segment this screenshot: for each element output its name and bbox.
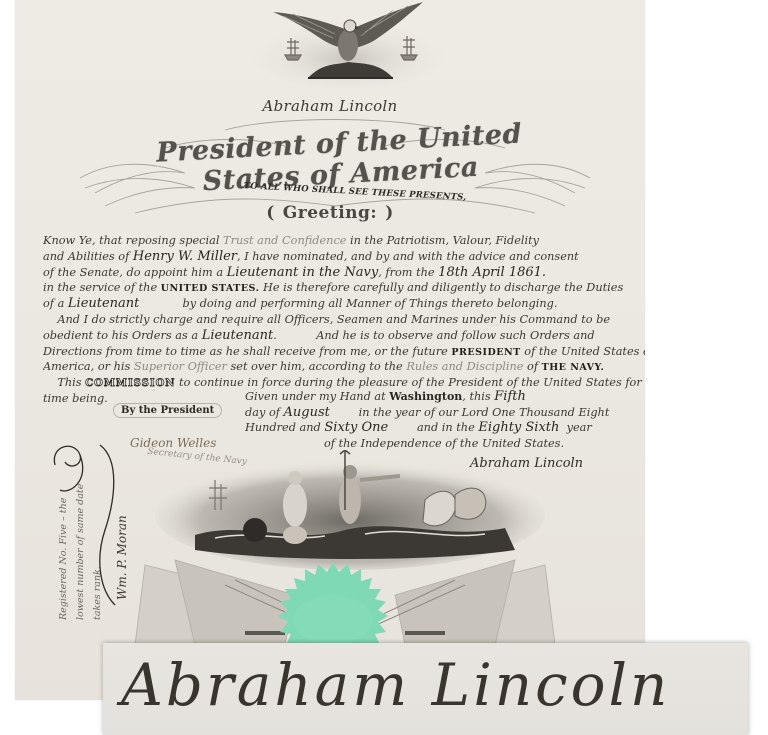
text-line: obedient to his Orders as a Lieutenant. … (43, 328, 645, 344)
text-segment: of (523, 360, 541, 373)
registration-note-line: Registered No. Five – the (55, 420, 72, 620)
faint-text: Rules and Discipline (406, 360, 523, 373)
text-segment: of the United States of (521, 345, 645, 358)
outline-caps-text: COMMISSION (85, 378, 175, 389)
commission-document: Abraham Lincoln President of the United … (15, 0, 645, 700)
filled-text: Eighty Sixth (478, 420, 559, 435)
text-segment: in the Patriotism, Valour, Fidelity (346, 234, 539, 247)
greeting-text: Greeting: (275, 203, 385, 223)
text-line: Know Ye, that reposing special Trust and… (43, 233, 645, 249)
filled-text: August (284, 405, 330, 420)
text-segment: and Abilities of (43, 250, 133, 263)
bold-caps-text: PRESIDENT (451, 347, 520, 358)
text-segment: , this (462, 390, 494, 403)
filled-text: 18th April 1861. (438, 265, 546, 280)
text-segment: time being. (43, 392, 108, 405)
faint-text: Trust and Confidence (223, 234, 346, 247)
text-line: day of August in the year of our Lord On… (245, 405, 655, 421)
eagle-vignette-icon (253, 0, 443, 88)
countersignature-welles: Gideon Welles (130, 436, 216, 450)
text-line: America, or his Superior Officer set ove… (43, 359, 645, 375)
text-segment: of the Senate, do appoint him a (43, 266, 227, 279)
text-line: and Abilities of Henry W. Miller, I have… (43, 249, 645, 265)
text-segment: . And he is to observe and follow such O… (273, 329, 594, 342)
text-segment: , from the (378, 266, 438, 279)
filled-text: Henry W. Miller (133, 249, 237, 264)
filled-text: Lieutenant in the Navy (227, 265, 379, 280)
text-segment: year (559, 421, 591, 434)
washington-text: Washington (389, 390, 462, 403)
text-segment: by doing and performing all Manner of Th… (139, 297, 557, 310)
text-segment: of a (43, 297, 68, 310)
text-segment: to continue in force during the pleasure… (175, 376, 645, 389)
signature-detail-inset: Abraham Lincoln (103, 643, 748, 735)
text-line: in the service of the UNITED STATES. He … (43, 280, 645, 296)
text-segment: Hundred and (245, 421, 324, 434)
text-segment: day of (245, 406, 284, 419)
text-segment: And I do strictly charge and require all… (43, 313, 610, 326)
text-segment: He is therefore carefully and diligently… (259, 281, 623, 294)
text-line: of the Independence of the United States… (245, 436, 655, 452)
text-segment: and in the (388, 421, 478, 434)
text-segment: Know Ye, that reposing special (43, 234, 223, 247)
text-line: of a Lieutenant by doing and performing … (43, 296, 645, 312)
text-segment: of the Independence of the United States… (245, 437, 564, 450)
text-segment: in the year of our Lord One Thousand Eig… (330, 406, 610, 419)
filled-text: Lieutenant (202, 328, 274, 343)
registration-note-line: takes rank. (89, 420, 106, 620)
text-segment: Given under my Hand at (245, 390, 389, 403)
text-line: Hundred and Sixty One and in the Eighty … (245, 420, 655, 436)
given-under-hand-block: Given under my Hand at Washington, this … (245, 389, 655, 451)
registration-note: Registered No. Five – the lowest number … (55, 420, 106, 620)
text-segment: obedient to his Orders as a (43, 329, 202, 342)
filled-text: Sixty One (324, 420, 388, 435)
commission-body: Know Ye, that reposing special Trust and… (43, 233, 645, 407)
text-line: of the Senate, do appoint him a Lieutena… (43, 265, 645, 281)
registration-note-line: lowest number of same date (72, 420, 89, 620)
bold-caps-text: UNITED STATES. (161, 283, 260, 294)
text-segment: This (43, 376, 85, 389)
greeting: (Greeting:) (15, 203, 645, 223)
seal-wafer-icon (268, 560, 398, 650)
text-line: Directions from time to time as he shall… (43, 344, 645, 360)
text-segment: in the service of the (43, 281, 161, 294)
text-line: And I do strictly charge and require all… (43, 312, 645, 328)
neptune-vignette-icon (155, 450, 545, 570)
text-segment: , I have nominated, and by and with the … (237, 250, 579, 263)
filled-text: Fifth (494, 389, 526, 404)
text-segment: Directions from time to time as he shall… (43, 345, 451, 358)
issuer-name: Abraham Lincoln (15, 97, 645, 115)
registrar-signature: Wm. P. Moran (115, 515, 129, 600)
faint-text: Superior Officer (134, 360, 227, 373)
enlarged-signature: Abraham Lincoln (121, 651, 670, 719)
filled-text: Lieutenant (68, 296, 140, 311)
by-the-president-label: By the President (113, 403, 222, 418)
bold-caps-text: THE NAVY. (542, 362, 605, 373)
text-segment: set over him, according to the (227, 360, 406, 373)
text-segment: America, or his (43, 360, 134, 373)
text-line: Given under my Hand at Washington, this … (245, 389, 655, 405)
